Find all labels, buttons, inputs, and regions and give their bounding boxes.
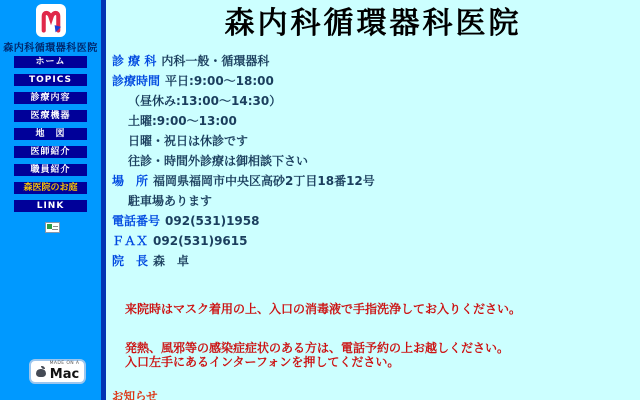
warning-line: 入口左手にあるインターフォンを押してください。 bbox=[125, 355, 640, 369]
info-row-house-calls: 往診・時間外診療は御相談下さい bbox=[112, 152, 640, 172]
nav-topics[interactable]: TOPICS bbox=[14, 74, 87, 86]
apple-logo-icon bbox=[36, 366, 46, 377]
nav-equipment[interactable]: 医療機器 bbox=[14, 110, 87, 122]
info-row-fax: ＦＡＸ092(531)9615 bbox=[112, 232, 640, 252]
clinic-logo-icon bbox=[37, 6, 65, 36]
mail-icon-line bbox=[53, 226, 58, 227]
nav-clinic-garden[interactable]: 森医院のお庭 bbox=[14, 182, 87, 194]
news-heading: お知らせ bbox=[112, 388, 640, 400]
sidebar: 森内科循環器科医院 ホーム TOPICS 診療内容 医療機器 地 図 医師紹介 … bbox=[0, 0, 101, 400]
info-label: ＦＡＸ bbox=[112, 234, 148, 248]
info-value: 駐車場あります bbox=[128, 194, 212, 208]
info-row-closed-days: 日曜・祝日は休診です bbox=[112, 132, 640, 152]
nav-staff-profile[interactable]: 職員紹介 bbox=[14, 164, 87, 176]
info-label: 場 所 bbox=[112, 174, 148, 188]
info-value: 平日:9:00〜18:00 bbox=[165, 74, 274, 88]
info-value: 往診・時間外診療は御相談下さい bbox=[128, 154, 308, 168]
mail-icon[interactable] bbox=[45, 222, 60, 233]
nav-doctor-profile[interactable]: 医師紹介 bbox=[14, 146, 87, 158]
info-row-department: 診 療 科内科一般・循環器科 bbox=[112, 52, 640, 72]
mac-badge-text: MADE ON A Mac bbox=[50, 362, 80, 381]
mask-disinfection-warning: 来院時はマスク着用の上、入口の消毒液で手指洗浄してお入りください。 bbox=[125, 300, 640, 317]
info-label: 診 療 科 bbox=[112, 54, 156, 68]
page-title: 森内科循環器科医院 bbox=[106, 6, 640, 42]
info-label: 電話番号 bbox=[112, 214, 160, 228]
info-value: 092(531)1958 bbox=[165, 214, 259, 228]
clinic-info-list: 診 療 科内科一般・循環器科 診療時間平日:9:00〜18:00 （昼休み:13… bbox=[112, 52, 640, 272]
mail-icon-line bbox=[52, 229, 58, 230]
warning-line: 発熱、風邪等の感染症症状のある方は、電話予約の上お越しください。 bbox=[125, 341, 640, 355]
info-row-director: 院 長森 卓 bbox=[112, 252, 640, 272]
nav-home[interactable]: ホーム bbox=[14, 56, 87, 68]
info-value: （昼休み:13:00〜14:30） bbox=[128, 94, 281, 108]
fever-reservation-warning: 発熱、風邪等の感染症症状のある方は、電話予約の上お越しください。 入口左手にある… bbox=[125, 341, 640, 369]
info-label: 院 長 bbox=[112, 254, 148, 268]
main-content: 森内科循環器科医院 診 療 科内科一般・循環器科 診療時間平日:9:00〜18:… bbox=[106, 0, 640, 400]
info-value: 日曜・祝日は休診です bbox=[128, 134, 248, 148]
info-row-hours: 診療時間平日:9:00〜18:00 bbox=[112, 72, 640, 92]
sidebar-clinic-name: 森内科循環器科医院 bbox=[0, 39, 101, 54]
nav-map[interactable]: 地 図 bbox=[14, 128, 87, 140]
info-label: 診療時間 bbox=[112, 74, 160, 88]
clinic-logo bbox=[36, 4, 66, 37]
nav-services[interactable]: 診療内容 bbox=[14, 92, 87, 104]
info-row-lunch-break: （昼休み:13:00〜14:30） bbox=[112, 92, 640, 112]
info-value: 092(531)9615 bbox=[153, 234, 247, 248]
made-on-a-mac-badge[interactable]: MADE ON A Mac bbox=[29, 359, 86, 384]
clinic-homepage: 森内科循環器科医院 ホーム TOPICS 診療内容 医療機器 地 図 医師紹介 … bbox=[0, 0, 640, 400]
nav-link[interactable]: LINK bbox=[14, 200, 87, 212]
info-value: 内科一般・循環器科 bbox=[161, 54, 269, 68]
sidebar-nav: ホーム TOPICS 診療内容 医療機器 地 図 医師紹介 職員紹介 森医院のお… bbox=[0, 56, 101, 218]
info-value: 福岡県福岡市中央区高砂2丁目18番12号 bbox=[153, 174, 375, 188]
info-row-saturday: 土曜:9:00〜13:00 bbox=[112, 112, 640, 132]
info-row-address: 場 所福岡県福岡市中央区高砂2丁目18番12号 bbox=[112, 172, 640, 192]
info-value: 森 卓 bbox=[153, 254, 189, 268]
info-value: 土曜:9:00〜13:00 bbox=[128, 114, 237, 128]
info-row-phone: 電話番号092(531)1958 bbox=[112, 212, 640, 232]
info-row-parking: 駐車場あります bbox=[112, 192, 640, 212]
